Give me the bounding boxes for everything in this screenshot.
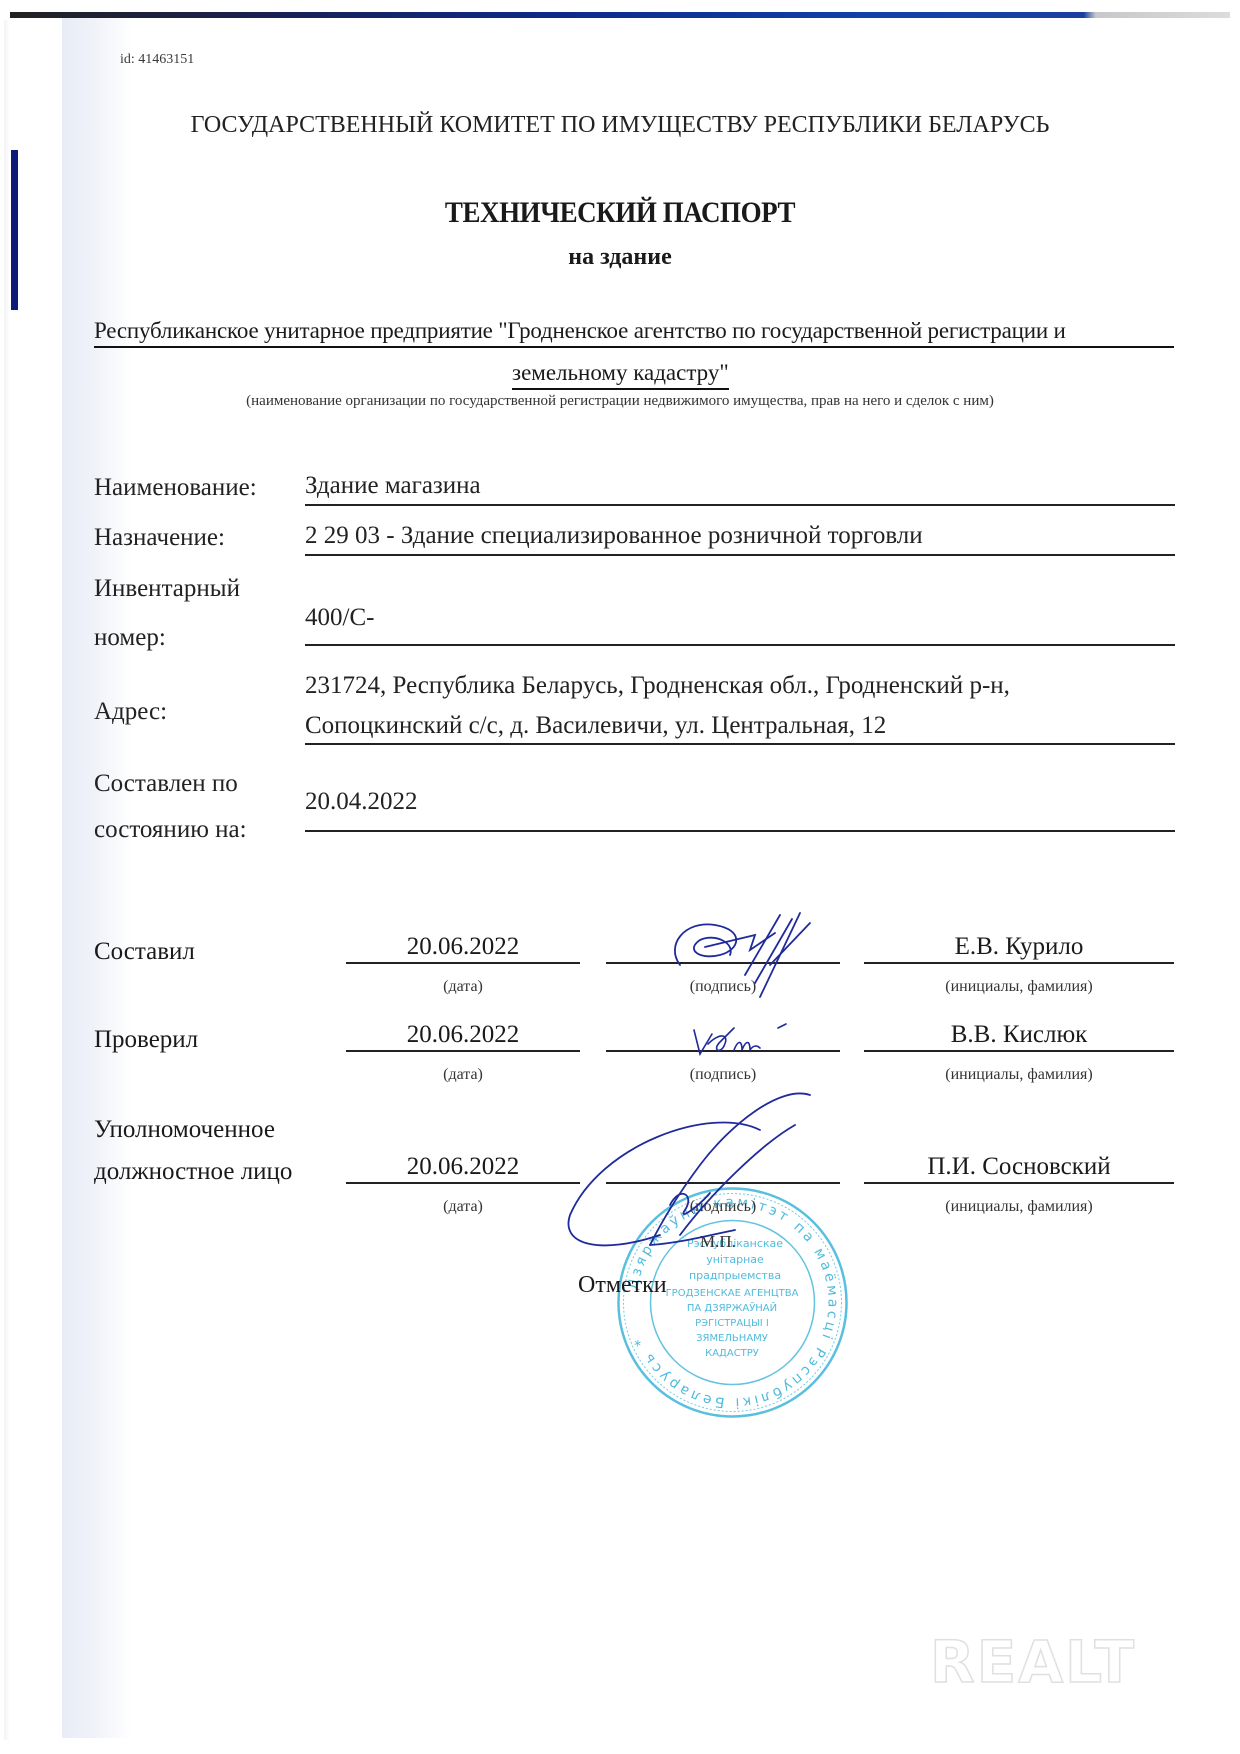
organization-name-line1: Республиканское унитарное предприятие "Г… [94, 318, 1174, 348]
organization-name-line2: земельному кадастру" [512, 360, 729, 390]
date-caption: (дата) [346, 1198, 580, 1216]
scan-edge [4, 20, 10, 1740]
inventory-value: 400/С- [305, 604, 1175, 632]
svg-text:КАДАСТРУ: КАДАСТРУ [705, 1348, 759, 1359]
authorized-signature-line [606, 1152, 840, 1184]
scan-shadow [62, 18, 132, 1738]
svg-text:Дзяржаўны камітэт па маёмасці: Дзяржаўны камітэт па маёмасці Рэспублікі… [625, 1194, 840, 1410]
compiled-date: 20.06.2022 [346, 932, 580, 964]
official-stamp-icon: Дзяржаўны камітэт па маёмасці Рэспублікі… [615, 1185, 850, 1420]
scan-binding-mark [11, 150, 18, 310]
svg-text:РЭГІСТРАЦЫІ І: РЭГІСТРАЦЫІ І [695, 1318, 769, 1329]
seal-placeholder-label: М.П. [700, 1232, 736, 1252]
document-title: ТЕХНИЧЕСКИЙ ПАСПОРТ [62, 196, 1178, 230]
compiled-by-label: Составил [94, 930, 195, 974]
as-of-value: 20.04.2022 [305, 788, 1175, 816]
organization-caption: (наименование организации по государстве… [0, 393, 1240, 410]
svg-text:прадпрыемства: прадпрыемства [689, 1269, 781, 1282]
inventory-label-line1: Инвентарный [94, 567, 240, 611]
date-caption: (дата) [346, 978, 580, 996]
checked-by-label: Проверил [94, 1018, 198, 1062]
authorized-label-line2: должностное лицо [94, 1150, 292, 1194]
name-caption: (инициалы, фамилия) [864, 1198, 1174, 1216]
compiled-name: Е.В. Курило [864, 932, 1174, 964]
as-of-rule [305, 830, 1175, 832]
issuer-heading: ГОСУДАРСТВЕННЫЙ КОМИТЕТ ПО ИМУЩЕСТВУ РЕС… [0, 112, 1240, 139]
checked-name: В.В. Кислюк [864, 1020, 1174, 1052]
name-caption: (инициалы, фамилия) [864, 1066, 1174, 1084]
as-of-label-line1: Составлен по [94, 762, 238, 806]
svg-text:унітарнае: унітарнае [706, 1253, 764, 1266]
name-value: Здание магазина [305, 472, 1175, 506]
inventory-label-line2: номер: [94, 616, 166, 660]
date-caption: (дата) [346, 1066, 580, 1084]
compiled-signature-line [606, 932, 840, 964]
authorized-name: П.И. Сосновский [864, 1152, 1174, 1184]
authorized-label-line1: Уполномоченное [94, 1108, 275, 1152]
signature-caption: (подпись) [606, 978, 840, 996]
name-label: Наименование: [94, 466, 257, 510]
address-label: Адрес: [94, 690, 167, 734]
checked-signature-line [606, 1020, 840, 1052]
svg-text:ПА ДЗЯРЖАЎНАЙ: ПА ДЗЯРЖАЎНАЙ [687, 1301, 777, 1314]
scan-top-border [10, 12, 1230, 18]
realt-watermark: REALT [930, 1628, 1136, 1696]
marks-heading: Отметки [578, 1272, 667, 1299]
signature-caption: (подпись) [606, 1198, 840, 1216]
svg-text:ГРОДЗЕНСКАЕ АГЕНЦТВА: ГРОДЗЕНСКАЕ АГЕНЦТВА [666, 1288, 799, 1299]
address-value-line2: Сопоцкинский с/с, д. Василевичи, ул. Цен… [305, 712, 1175, 745]
svg-text:ЗЯМЕЛЬНАМУ: ЗЯМЕЛЬНАМУ [696, 1333, 768, 1344]
authorized-date: 20.06.2022 [346, 1152, 580, 1184]
signature-caption: (подпись) [606, 1066, 840, 1084]
checked-date: 20.06.2022 [346, 1020, 580, 1052]
as-of-label-line2: состоянию на: [94, 808, 247, 852]
name-caption: (инициалы, фамилия) [864, 978, 1174, 996]
purpose-label: Назначение: [94, 516, 225, 560]
document-id: id: 41463151 [120, 52, 194, 68]
purpose-value: 2 29 03 - Здание специализированное розн… [305, 522, 1175, 556]
address-value-line1: 231724, Республика Беларусь, Гродненская… [305, 672, 1175, 700]
document-subtitle: на здание [0, 244, 1240, 271]
inventory-rule [305, 644, 1175, 646]
